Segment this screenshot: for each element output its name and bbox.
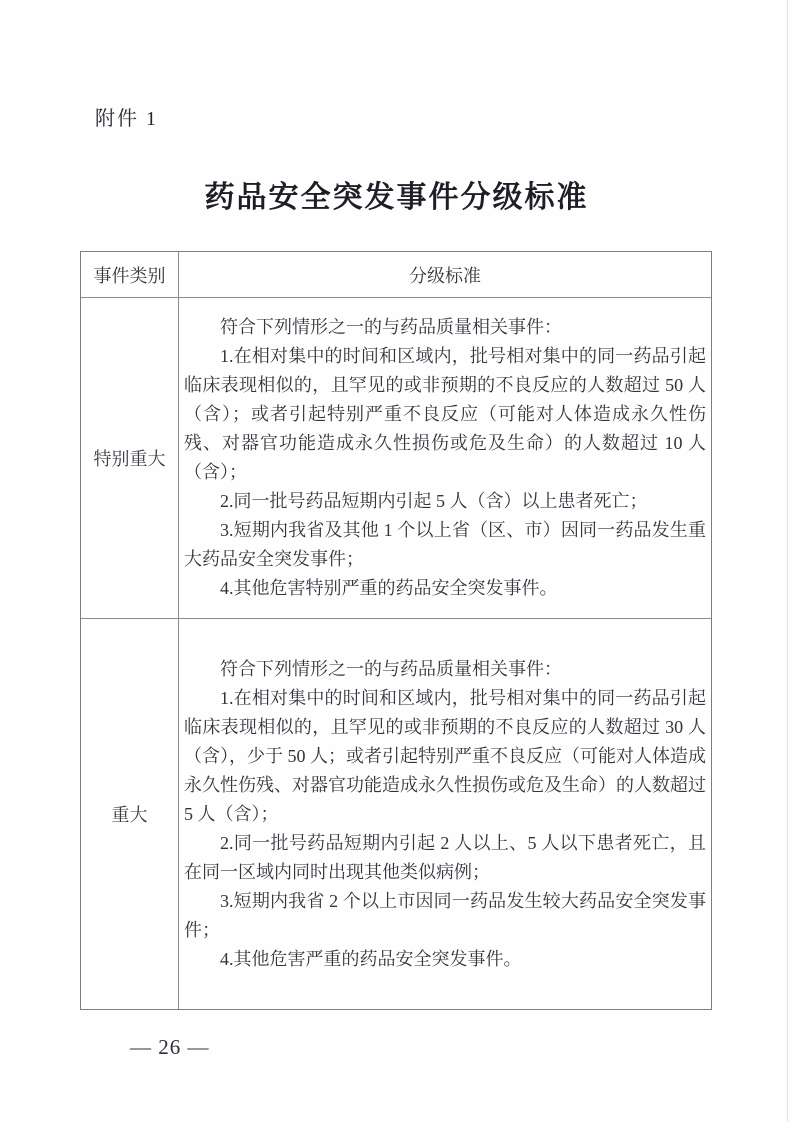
header-event-category: 事件类别 xyxy=(81,252,179,297)
paragraph: 4.其他危害严重的药品安全突发事件。 xyxy=(184,945,706,974)
scan-edge-artifact xyxy=(787,0,788,1122)
paragraph: 1.在相对集中的时间和区域内，批号相对集中的同一药品引起临床表现相似的，且罕见的… xyxy=(184,342,706,487)
classification-table: 事件类别 分级标准 特别重大 符合下列情形之一的与药品质量相关事件： 1.在相对… xyxy=(80,251,712,1010)
paragraph: 2.同一批号药品短期内引起 2 人以上、5 人以下患者死亡，且在同一区域内同时出… xyxy=(184,829,706,887)
table-row-especially-major: 特别重大 符合下列情形之一的与药品质量相关事件： 1.在相对集中的时间和区域内，… xyxy=(81,298,711,619)
paragraph: 1.在相对集中的时间和区域内，批号相对集中的同一药品引起临床表现相似的，且罕见的… xyxy=(184,684,706,829)
attachment-label: 附件 1 xyxy=(95,102,158,131)
page-number: — 26 — xyxy=(130,1035,210,1060)
paragraph: 3.短期内我省 2 个以上市因同一药品发生较大药品安全突发事件； xyxy=(184,887,706,945)
document-title: 药品安全突发事件分级标准 xyxy=(0,172,793,216)
paragraph: 符合下列情形之一的与药品质量相关事件： xyxy=(184,655,706,684)
paragraph: 2.同一批号药品短期内引起 5 人（含）以上患者死亡； xyxy=(184,487,706,516)
standard-text-major: 符合下列情形之一的与药品质量相关事件： 1.在相对集中的时间和区域内，批号相对集… xyxy=(179,619,711,1009)
paragraph: 3.短期内我省及其他 1 个以上省（区、市）因同一药品发生重大药品安全突发事件； xyxy=(184,516,706,574)
standard-text-especially-major: 符合下列情形之一的与药品质量相关事件： 1.在相对集中的时间和区域内，批号相对集… xyxy=(179,298,711,618)
header-grading-standard: 分级标准 xyxy=(179,252,711,297)
paragraph: 符合下列情形之一的与药品质量相关事件： xyxy=(184,313,706,342)
scanned-document-page: { "page": { "attachment_label": "附件 1", … xyxy=(0,0,793,1122)
paragraph: 4.其他危害特别严重的药品安全突发事件。 xyxy=(184,574,706,603)
table-header-row: 事件类别 分级标准 xyxy=(81,252,711,298)
table-row-major: 重大 符合下列情形之一的与药品质量相关事件： 1.在相对集中的时间和区域内，批号… xyxy=(81,619,711,1009)
category-label-major: 重大 xyxy=(81,619,179,1009)
document-page: 附件 1 药品安全突发事件分级标准 事件类别 分级标准 特别重大 符合下列情形之… xyxy=(0,0,793,1122)
category-label-especially-major: 特别重大 xyxy=(81,298,179,618)
